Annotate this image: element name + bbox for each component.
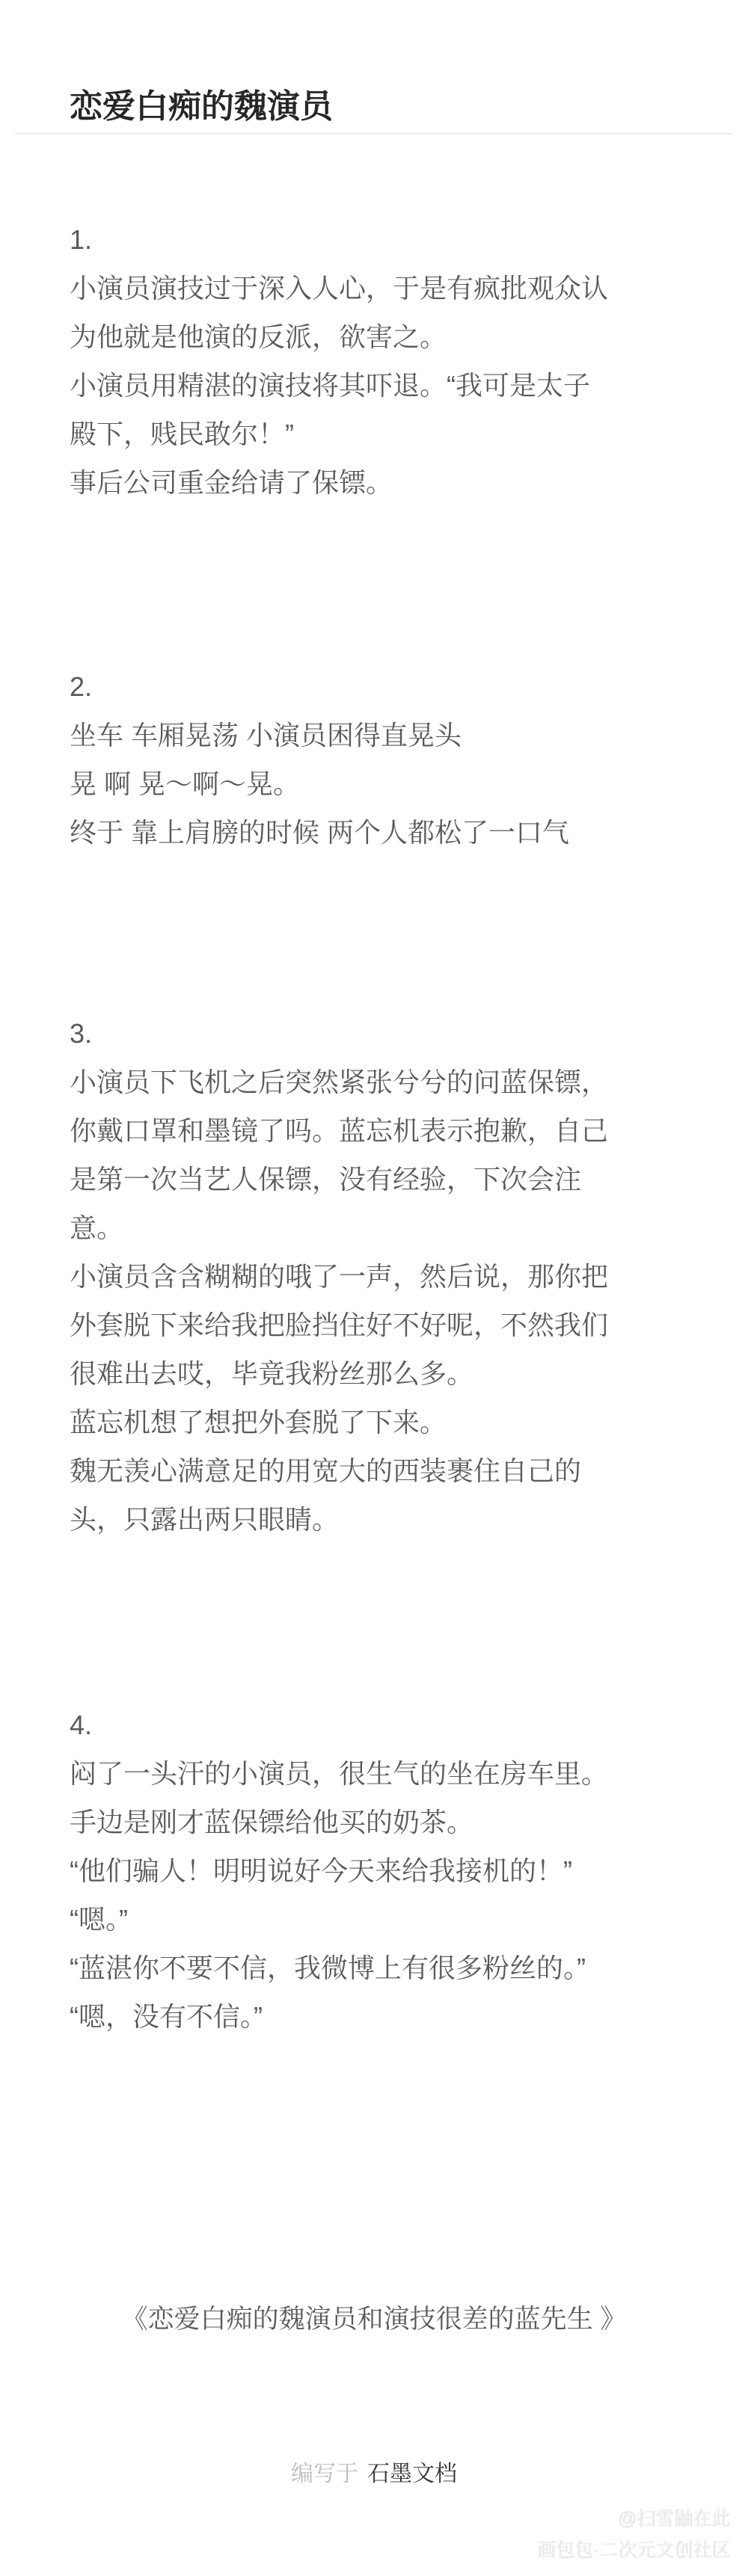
text-line: 手边是刚才蓝保镖给他买的奶茶。 <box>70 1798 713 1846</box>
text-line: 事后公司重金给请了保镖。 <box>70 458 713 507</box>
text-line: 是第一次当艺人保镖，没有经验，下次会注 <box>70 1155 713 1204</box>
story-section-4: 4. 闷了一头汗的小演员，很生气的坐在房车里。 手边是刚才蓝保镖给他买的奶茶。 … <box>70 1701 713 2041</box>
watermark-author: @扫雪鼬在此 <box>537 2503 730 2534</box>
section-number: 1. <box>70 215 713 264</box>
story-full-title: 《恋爱白痴的魏演员和演技很差的蓝先生 》 <box>0 2295 748 2344</box>
text-line: “他们骗人！明明说好今天来给我接机的！” <box>70 1846 713 1895</box>
text-line: 很难出去哎，毕竟我粉丝那么多。 <box>70 1349 713 1398</box>
story-section-3: 3. 小演员下飞机之后突然紧张兮兮的问蓝保镖， 你戴口罩和墨镜了吗。蓝忘机表示抱… <box>70 1009 713 1544</box>
section-number: 3. <box>70 1009 713 1058</box>
text-line: 闷了一头汗的小演员，很生气的坐在房车里。 <box>70 1749 713 1798</box>
text-line: 小演员下飞机之后突然紧张兮兮的问蓝保镖， <box>70 1058 713 1106</box>
text-line: 小演员用精湛的演技将其吓退。“我可是太子 <box>70 361 713 410</box>
section-number: 4. <box>70 1701 713 1749</box>
byline-prefix: 编写于 <box>291 2462 358 2486</box>
text-line: 坐车 车厢晃荡 小演员困得直晃头 <box>70 711 713 759</box>
watermark-community: 画包包·二次元文创社区 <box>537 2534 730 2566</box>
page-title: 恋爱白痴的魏演员 <box>70 84 333 129</box>
watermark: @扫雪鼬在此 画包包·二次元文创社区 <box>537 2503 730 2566</box>
text-line: 魏无羡心满意足的用宽大的西装裹住自己的 <box>70 1446 713 1495</box>
byline: 编写于石墨文档 <box>0 2459 748 2489</box>
text-line: 小演员演技过于深入人心，于是有疯批观众认 <box>70 264 713 312</box>
text-line: 殿下，贱民敢尔！” <box>70 410 713 458</box>
section-number: 2. <box>70 662 713 711</box>
text-line: 晃 啊 晃～啊～晃。 <box>70 759 713 808</box>
text-line: 头，只露出两只眼睛。 <box>70 1495 713 1544</box>
text-line: 为他就是他演的反派，欲害之。 <box>70 312 713 361</box>
text-line: 终于 靠上肩膀的时候 两个人都松了一口气 <box>70 808 713 857</box>
text-line: 外套脱下来给我把脸挡住好不好呢，不然我们 <box>70 1301 713 1349</box>
shimo-docs-brand: 石墨文档 <box>367 2462 457 2486</box>
text-line: “嗯。” <box>70 1895 713 1944</box>
horizontal-divider <box>15 133 733 135</box>
text-line: “嗯，没有不信。” <box>70 1992 713 2041</box>
text-line: 意。 <box>70 1204 713 1252</box>
text-line: 你戴口罩和墨镜了吗。蓝忘机表示抱歉，自己 <box>70 1106 713 1155</box>
text-line: 小演员含含糊糊的哦了一声，然后说，那你把 <box>70 1252 713 1301</box>
story-section-2: 2. 坐车 车厢晃荡 小演员困得直晃头 晃 啊 晃～啊～晃。 终于 靠上肩膀的时… <box>70 662 713 857</box>
text-line: 蓝忘机想了想把外套脱了下来。 <box>70 1398 713 1446</box>
text-line: “蓝湛你不要不信，我微博上有很多粉丝的。” <box>70 1944 713 1992</box>
story-section-1: 1. 小演员演技过于深入人心，于是有疯批观众认 为他就是他演的反派，欲害之。 小… <box>70 215 713 507</box>
